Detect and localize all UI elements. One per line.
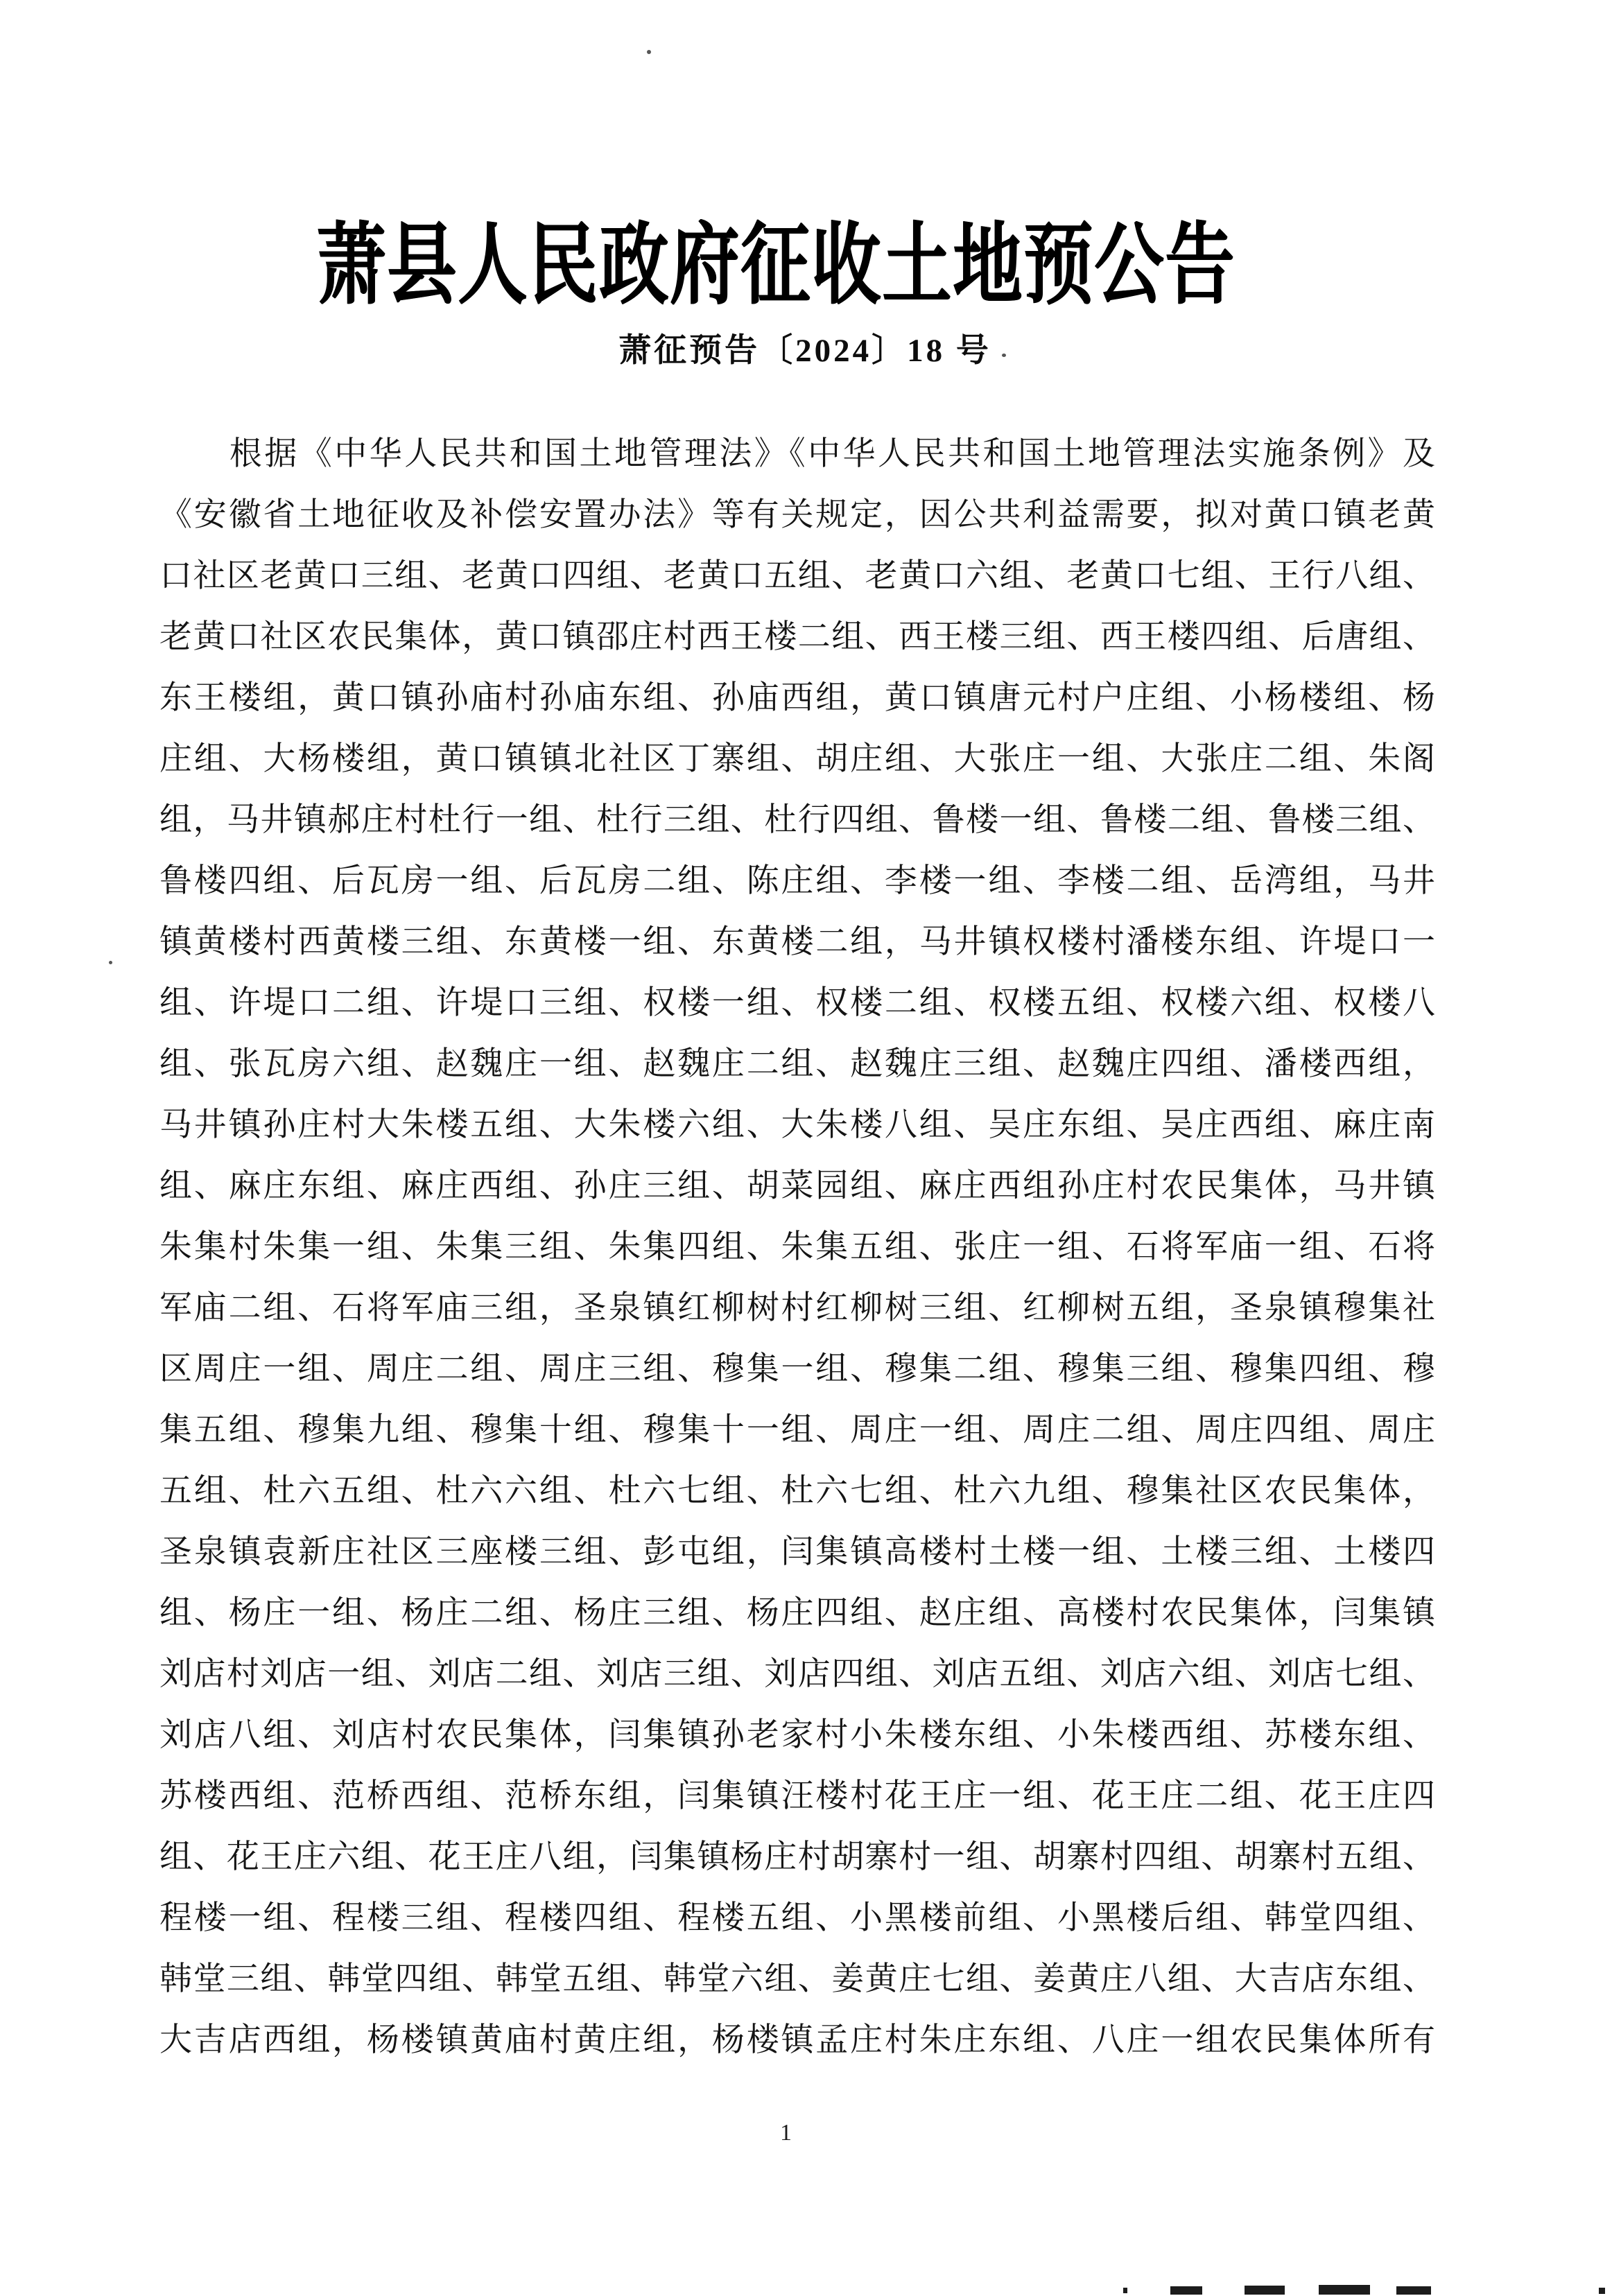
body-line: 庄组、大杨楼组，黄口镇镇北社区丁寨组、胡庄组、大张庄一组、大张庄二组、朱阁 — [159, 729, 1435, 790]
scan-smudge — [1599, 2288, 1605, 2294]
document-title: 萧县人民政府征收土地预公告 — [0, 193, 1552, 321]
scan-smudge — [1245, 2286, 1285, 2295]
scanned-document-page: 萧县人民政府征收土地预公告 萧征预告〔2024〕18 号 根据《中华人民共和国土… — [0, 0, 1621, 2296]
scan-smudge — [1319, 2285, 1370, 2295]
body-line: 刘店八组、刘店村农民集体，闫集镇孙老家村小朱楼东组、小朱楼西组、苏楼东组、 — [159, 1705, 1435, 1766]
body-line: 集五组、穆集九组、穆集十组、穆集十一组、周庄一组、周庄二组、周庄四组、周庄 — [159, 1400, 1435, 1461]
body-line: 组，马井镇郝庄村杜行一组、杜行三组、杜行四组、鲁楼一组、鲁楼二组、鲁楼三组、 — [159, 790, 1435, 851]
body-line: 朱集村朱集一组、朱集三组、朱集四组、朱集五组、张庄一组、石将军庙一组、石将 — [159, 1217, 1435, 1278]
scan-speck — [1002, 354, 1006, 357]
scan-speck — [109, 961, 112, 964]
scan-smudge — [1396, 2286, 1431, 2295]
page-number: 1 — [780, 2120, 792, 2146]
body-line: 组、许堤口二组、许堤口三组、权楼一组、权楼二组、权楼五组、权楼六组、权楼八 — [159, 973, 1435, 1034]
body-line: 组、花王庄六组、花王庄八组，闫集镇杨庄村胡寨村一组、胡寨村四组、胡寨村五组、 — [159, 1827, 1435, 1888]
body-line: 军庙二组、石将军庙三组，圣泉镇红柳树村红柳树三组、红柳树五组，圣泉镇穆集社 — [159, 1278, 1435, 1339]
body-line: 刘店村刘店一组、刘店二组、刘店三组、刘店四组、刘店五组、刘店六组、刘店七组、 — [159, 1644, 1435, 1705]
body-line: 东王楼组，黄口镇孙庙村孙庙东组、孙庙西组，黄口镇唐元村户庄组、小杨楼组、杨 — [159, 668, 1435, 729]
body-line: 《安徽省土地征收及补偿安置办法》等有关规定，因公共利益需要，拟对黄口镇老黄 — [159, 485, 1435, 546]
scan-speck — [727, 1478, 729, 1481]
scan-smudge — [1170, 2286, 1202, 2295]
announcement-body: 根据《中华人民共和国土地管理法》《中华人民共和国土地管理法实施条例》及《安徽省土… — [159, 424, 1435, 2071]
body-line: 大吉店西组，杨楼镇黄庙村黄庄组，杨楼镇孟庄村朱庄东组、八庄一组农民集体所有 — [159, 2010, 1435, 2071]
body-line: 组、杨庄一组、杨庄二组、杨庄三组、杨庄四组、赵庄组、高楼村农民集体，闫集镇 — [159, 1583, 1435, 1644]
body-line: 组、麻庄东组、麻庄西组、孙庄三组、胡菜园组、麻庄西组孙庄村农民集体，马井镇 — [159, 1156, 1435, 1217]
body-line: 区周庄一组、周庄二组、周庄三组、穆集一组、穆集二组、穆集三组、穆集四组、穆 — [159, 1339, 1435, 1400]
body-line: 组、张瓦房六组、赵魏庄一组、赵魏庄二组、赵魏庄三组、赵魏庄四组、潘楼西组， — [159, 1034, 1435, 1095]
scan-speck — [647, 50, 651, 54]
body-line: 五组、杜六五组、杜六六组、杜六七组、杜六七组、杜六九组、穆集社区农民集体， — [159, 1461, 1435, 1522]
scan-smudge — [1123, 2288, 1127, 2293]
body-line: 鲁楼四组、后瓦房一组、后瓦房二组、陈庄组、李楼一组、李楼二组、岳湾组，马井 — [159, 851, 1435, 912]
body-line: 程楼一组、程楼三组、程楼四组、程楼五组、小黑楼前组、小黑楼后组、韩堂四组、 — [159, 1888, 1435, 1949]
body-line: 根据《中华人民共和国土地管理法》《中华人民共和国土地管理法实施条例》及 — [159, 424, 1435, 485]
body-line: 镇黄楼村西黄楼三组、东黄楼一组、东黄楼二组，马井镇权楼村潘楼东组、许堤口一 — [159, 912, 1435, 973]
body-line: 马井镇孙庄村大朱楼五组、大朱楼六组、大朱楼八组、吴庄东组、吴庄西组、麻庄南 — [159, 1095, 1435, 1156]
body-line: 口社区老黄口三组、老黄口四组、老黄口五组、老黄口六组、老黄口七组、王行八组、 — [159, 546, 1435, 607]
body-line: 圣泉镇袁新庄社区三座楼三组、彭屯组，闫集镇高楼村土楼一组、土楼三组、土楼四 — [159, 1522, 1435, 1583]
body-line: 韩堂三组、韩堂四组、韩堂五组、韩堂六组、姜黄庄七组、姜黄庄八组、大吉店东组、 — [159, 1949, 1435, 2010]
body-line: 老黄口社区农民集体，黄口镇邵庄村西王楼二组、西王楼三组、西王楼四组、后唐组、 — [159, 607, 1435, 668]
document-number: 萧征预告〔2024〕18 号 — [0, 324, 1610, 371]
body-line: 苏楼西组、范桥西组、范桥东组，闫集镇汪楼村花王庄一组、花王庄二组、花王庄四 — [159, 1766, 1435, 1827]
